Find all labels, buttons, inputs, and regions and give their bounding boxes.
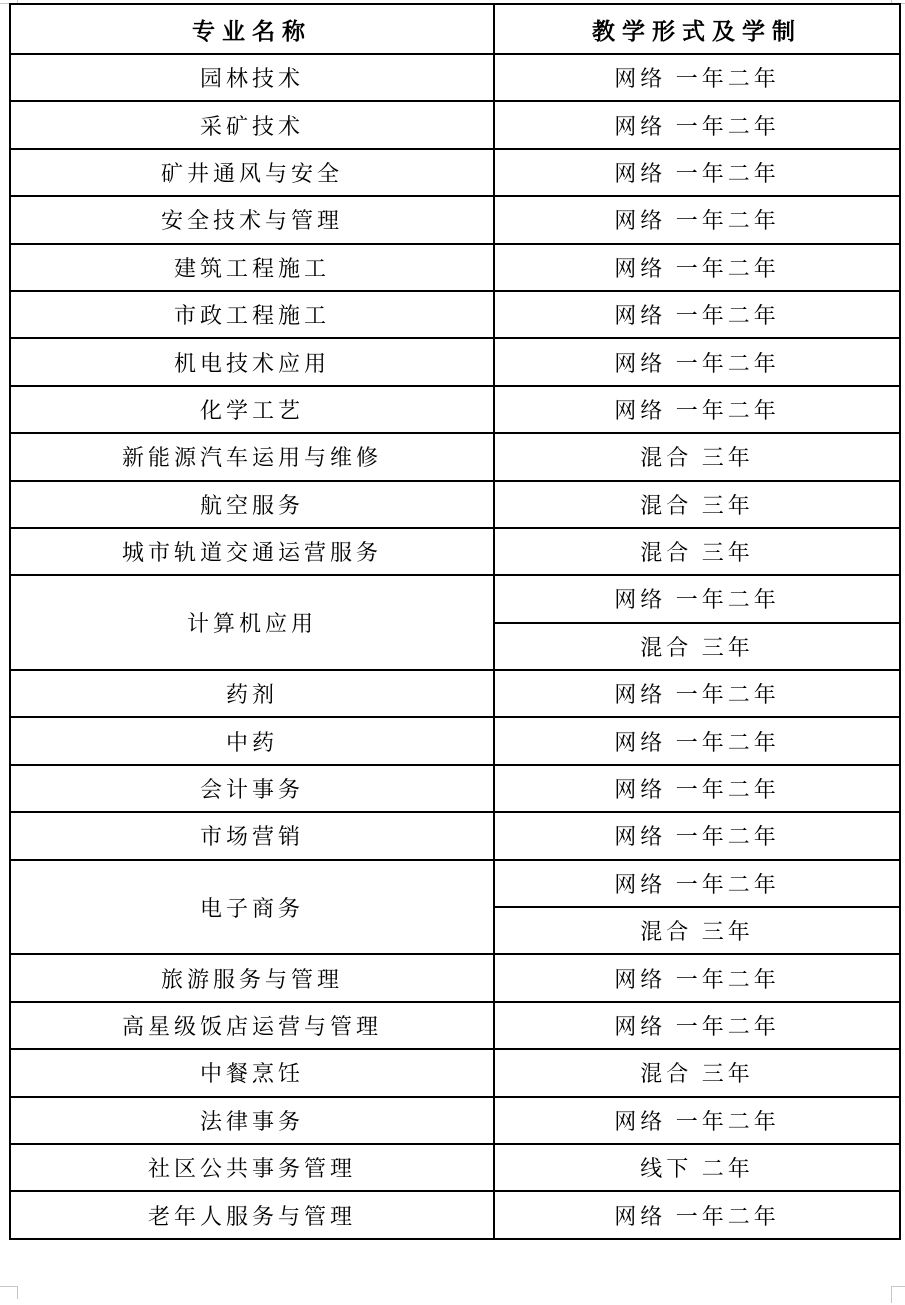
major-cell: 法律事务 [10, 1097, 494, 1144]
table-row: 社区公共事务管理线下 二年 [10, 1144, 900, 1191]
table-row: 会计事务网络 一年二年 [10, 765, 900, 812]
form-cell: 网络 一年二年 [494, 196, 900, 243]
form-cell: 网络 一年二年 [494, 1097, 900, 1144]
header-major-name: 专业名称 [10, 4, 494, 54]
form-cell: 网络 一年二年 [494, 575, 900, 622]
form-cell: 网络 一年二年 [494, 812, 900, 859]
table-row: 市场营销网络 一年二年 [10, 812, 900, 859]
table-row: 法律事务网络 一年二年 [10, 1097, 900, 1144]
table-row: 矿井通风与安全网络 一年二年 [10, 149, 900, 196]
major-cell: 市政工程施工 [10, 291, 494, 338]
major-cell: 中药 [10, 717, 494, 764]
table-row: 机电技术应用网络 一年二年 [10, 338, 900, 385]
form-cell: 网络 一年二年 [494, 291, 900, 338]
major-cell: 安全技术与管理 [10, 196, 494, 243]
major-cell: 航空服务 [10, 481, 494, 528]
form-cell: 混合 三年 [494, 528, 900, 575]
major-cell: 化学工艺 [10, 386, 494, 433]
major-cell: 老年人服务与管理 [10, 1191, 494, 1238]
major-cell-merged: 计算机应用 [10, 575, 494, 670]
major-cell: 建筑工程施工 [10, 244, 494, 291]
major-cell-merged: 电子商务 [10, 860, 494, 955]
form-cell: 网络 一年二年 [494, 1002, 900, 1049]
table-row: 园林技术网络 一年二年 [10, 54, 900, 101]
table-header-row: 专业名称 教学形式及学制 [10, 4, 900, 54]
header-teaching-form: 教学形式及学制 [494, 4, 900, 54]
table-row: 新能源汽车运用与维修混合 三年 [10, 433, 900, 480]
table-row: 航空服务混合 三年 [10, 481, 900, 528]
major-cell: 会计事务 [10, 765, 494, 812]
table-row: 安全技术与管理网络 一年二年 [10, 196, 900, 243]
table-row: 高星级饭店运营与管理网络 一年二年 [10, 1002, 900, 1049]
form-cell: 网络 一年二年 [494, 1191, 900, 1238]
major-cell: 中餐烹饪 [10, 1049, 494, 1096]
form-cell: 线下 二年 [494, 1144, 900, 1191]
major-cell: 药剂 [10, 670, 494, 717]
major-cell: 市场营销 [10, 812, 494, 859]
major-cell: 采矿技术 [10, 101, 494, 148]
major-cell: 新能源汽车运用与维修 [10, 433, 494, 480]
major-cell: 机电技术应用 [10, 338, 494, 385]
form-cell: 混合 三年 [494, 481, 900, 528]
form-cell: 网络 一年二年 [494, 954, 900, 1001]
major-cell: 社区公共事务管理 [10, 1144, 494, 1191]
form-cell: 网络 一年二年 [494, 717, 900, 764]
table-row: 化学工艺网络 一年二年 [10, 386, 900, 433]
form-cell: 网络 一年二年 [494, 860, 900, 907]
page-margin-mark-bottom-right [891, 1286, 905, 1303]
table-row: 采矿技术网络 一年二年 [10, 101, 900, 148]
table-row: 市政工程施工网络 一年二年 [10, 291, 900, 338]
form-cell: 混合 三年 [494, 433, 900, 480]
table-row: 药剂网络 一年二年 [10, 670, 900, 717]
form-cell: 网络 一年二年 [494, 101, 900, 148]
table-row: 中药网络 一年二年 [10, 717, 900, 764]
table-row: 计算机应用网络 一年二年 [10, 575, 900, 622]
form-cell: 网络 一年二年 [494, 54, 900, 101]
table-row: 城市轨道交通运营服务混合 三年 [10, 528, 900, 575]
table-row: 老年人服务与管理网络 一年二年 [10, 1191, 900, 1238]
majors-table: 专业名称 教学形式及学制 园林技术网络 一年二年 采矿技术网络 一年二年 矿井通… [9, 3, 901, 1240]
table-row: 中餐烹饪混合 三年 [10, 1049, 900, 1096]
form-cell: 混合 三年 [494, 623, 900, 670]
major-cell: 旅游服务与管理 [10, 954, 494, 1001]
form-cell: 网络 一年二年 [494, 765, 900, 812]
form-cell: 网络 一年二年 [494, 670, 900, 717]
form-cell: 网络 一年二年 [494, 386, 900, 433]
table-row: 建筑工程施工网络 一年二年 [10, 244, 900, 291]
form-cell: 混合 三年 [494, 907, 900, 954]
form-cell: 网络 一年二年 [494, 338, 900, 385]
form-cell: 网络 一年二年 [494, 244, 900, 291]
table-row: 旅游服务与管理网络 一年二年 [10, 954, 900, 1001]
major-cell: 园林技术 [10, 54, 494, 101]
major-cell: 高星级饭店运营与管理 [10, 1002, 494, 1049]
form-cell: 网络 一年二年 [494, 149, 900, 196]
form-cell: 混合 三年 [494, 1049, 900, 1096]
table-row: 电子商务网络 一年二年 [10, 860, 900, 907]
page-margin-mark-bottom-left [0, 1286, 18, 1299]
major-cell: 矿井通风与安全 [10, 149, 494, 196]
major-cell: 城市轨道交通运营服务 [10, 528, 494, 575]
